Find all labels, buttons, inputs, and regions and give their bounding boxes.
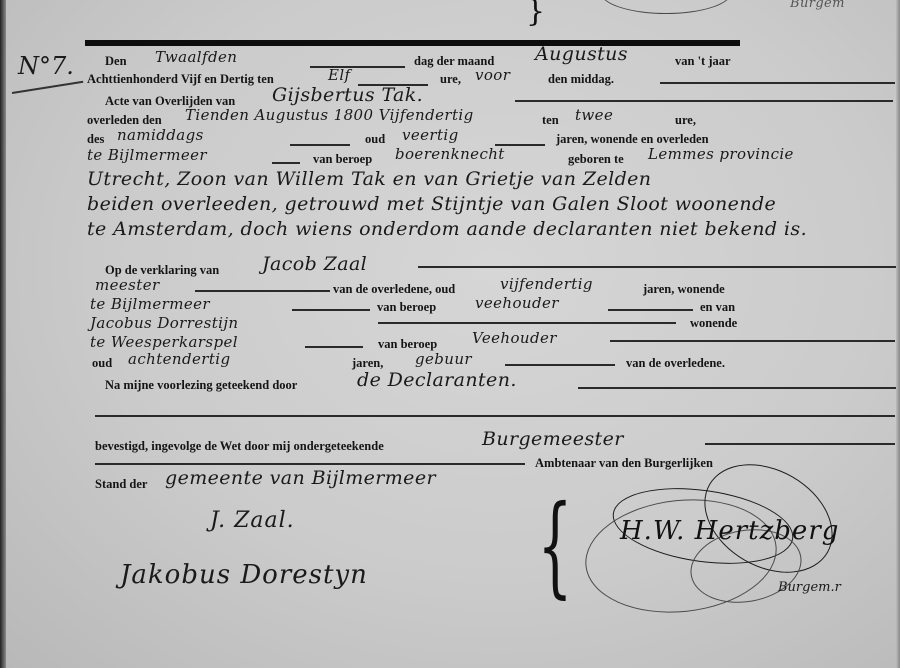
label-bevestigd: bevestigd, ingevolge de Wet door mij ond… [95, 439, 384, 454]
field-death-date: Tienden Augustus 1800 Vijfendertig [185, 106, 474, 124]
brace-top: } [526, 0, 545, 29]
label-jaren-wonende: jaren, wonende [643, 282, 725, 297]
field-declarant2-relation: gebuur [415, 350, 472, 368]
page-edge-left [0, 0, 6, 668]
label-geboren-te: geboren te [568, 152, 624, 167]
fill-line [305, 346, 363, 348]
label-wonende: wonende [690, 316, 737, 331]
label-den: Den [105, 54, 127, 69]
record-number: N°7. [18, 52, 74, 80]
field-occupation: boerenknecht [395, 145, 505, 163]
label-ure-2: ure, [675, 113, 696, 128]
flourish-top [600, 0, 732, 14]
label-ambtenaar: Ambtenaar van den Burgerlijken [535, 456, 713, 471]
field-declarant2-residence: te Weesperkarspel [90, 333, 238, 351]
label-des: des [87, 132, 104, 147]
page-edge-right [896, 0, 900, 668]
field-declarant1-occupation: veehouder [475, 294, 559, 312]
field-parents-line: Utrecht, Zoon van Willem Tak en van Grie… [87, 168, 651, 190]
field-declarant1-relation: meester [95, 276, 160, 294]
field-residence: te Bijlmermeer [87, 146, 207, 164]
fill-line [515, 100, 893, 102]
label-van-beroep: van beroep [313, 152, 372, 167]
fill-line [578, 387, 896, 389]
label-van-de-overledene: van de overledene. [626, 356, 725, 371]
fill-line [418, 266, 896, 268]
separator-rule [95, 415, 895, 417]
field-age: veertig [402, 126, 459, 144]
top-rule [85, 40, 740, 46]
fill-line [608, 309, 693, 311]
record-number-underline [12, 81, 83, 94]
field-declarant1-name: Jacob Zaal [262, 253, 367, 275]
field-municipality: gemeente van Bijlmermeer [165, 467, 436, 489]
field-day: Twaalfden [155, 48, 237, 66]
label-oud-2: oud [92, 356, 112, 371]
fill-line [310, 66, 405, 68]
field-time-of-day: voor [475, 66, 510, 84]
label-stand-der: Stand der [95, 477, 147, 492]
label-van-t-jaar: van 't jaar [675, 54, 731, 69]
fill-line [195, 290, 330, 292]
document-page: } Burgem N°7. Den Twaalfden dag der maan… [0, 0, 900, 668]
signature-mayor: H.W. Hertzberg [620, 516, 839, 546]
field-deceased-name: Gijsbertus Tak. [272, 84, 423, 106]
signature-declarant1: J. Zaal. [210, 508, 295, 533]
fill-line [505, 364, 615, 366]
fill-line [705, 443, 895, 445]
fill-line [378, 322, 676, 324]
field-marriage-line: beiden overleeden, getrouwd met Stijntje… [87, 193, 776, 215]
label-en-van: en van [700, 300, 735, 315]
brace-signature: { [538, 490, 573, 600]
field-birthplace: Lemmes provincie [648, 145, 794, 163]
fill-line [95, 463, 525, 465]
mayor-title: Burgem.r [778, 580, 841, 595]
field-declarant1-age: vijfendertig [500, 275, 593, 293]
signature-declarant2: Jakobus Dorestyn [120, 560, 368, 590]
header-fragment: Burgem [790, 0, 845, 11]
field-hour: Elf [328, 66, 351, 84]
label-ure: ure, [440, 72, 461, 87]
label-van-de-overledene-oud: van de overledene, oud [333, 282, 455, 297]
field-declarant2-name: Jacobus Dorrestijn [90, 314, 238, 332]
field-declarant2-occupation: Veehouder [472, 329, 557, 347]
label-year: Achttienhonderd Vijf en Dertig ten [87, 72, 274, 87]
fill-line [290, 144, 350, 146]
field-declarant2-age: achtendertig [128, 350, 230, 368]
fill-line [272, 162, 300, 164]
fill-line [610, 340, 895, 342]
field-month: Augustus [535, 43, 628, 65]
field-official-title: Burgemeester [482, 428, 624, 450]
field-declarant1-residence: te Bijlmermeer [90, 295, 210, 313]
label-na-mijne-voorlezing: Na mijne voorlezing geteekend door [105, 378, 297, 393]
label-ten: ten [542, 113, 559, 128]
label-van-beroep-2: van beroep [377, 300, 436, 315]
label-den-middag: den middag. [548, 72, 614, 87]
field-amsterdam-line: te Amsterdam, doch wiens onderdom aande … [87, 218, 807, 240]
field-part-of-day: namiddags [117, 126, 204, 144]
field-signed-by: de Declaranten. [357, 369, 517, 391]
fill-line [660, 82, 895, 84]
field-death-hour: twee [575, 106, 613, 124]
fill-line [292, 309, 370, 311]
label-oud: oud [365, 132, 385, 147]
